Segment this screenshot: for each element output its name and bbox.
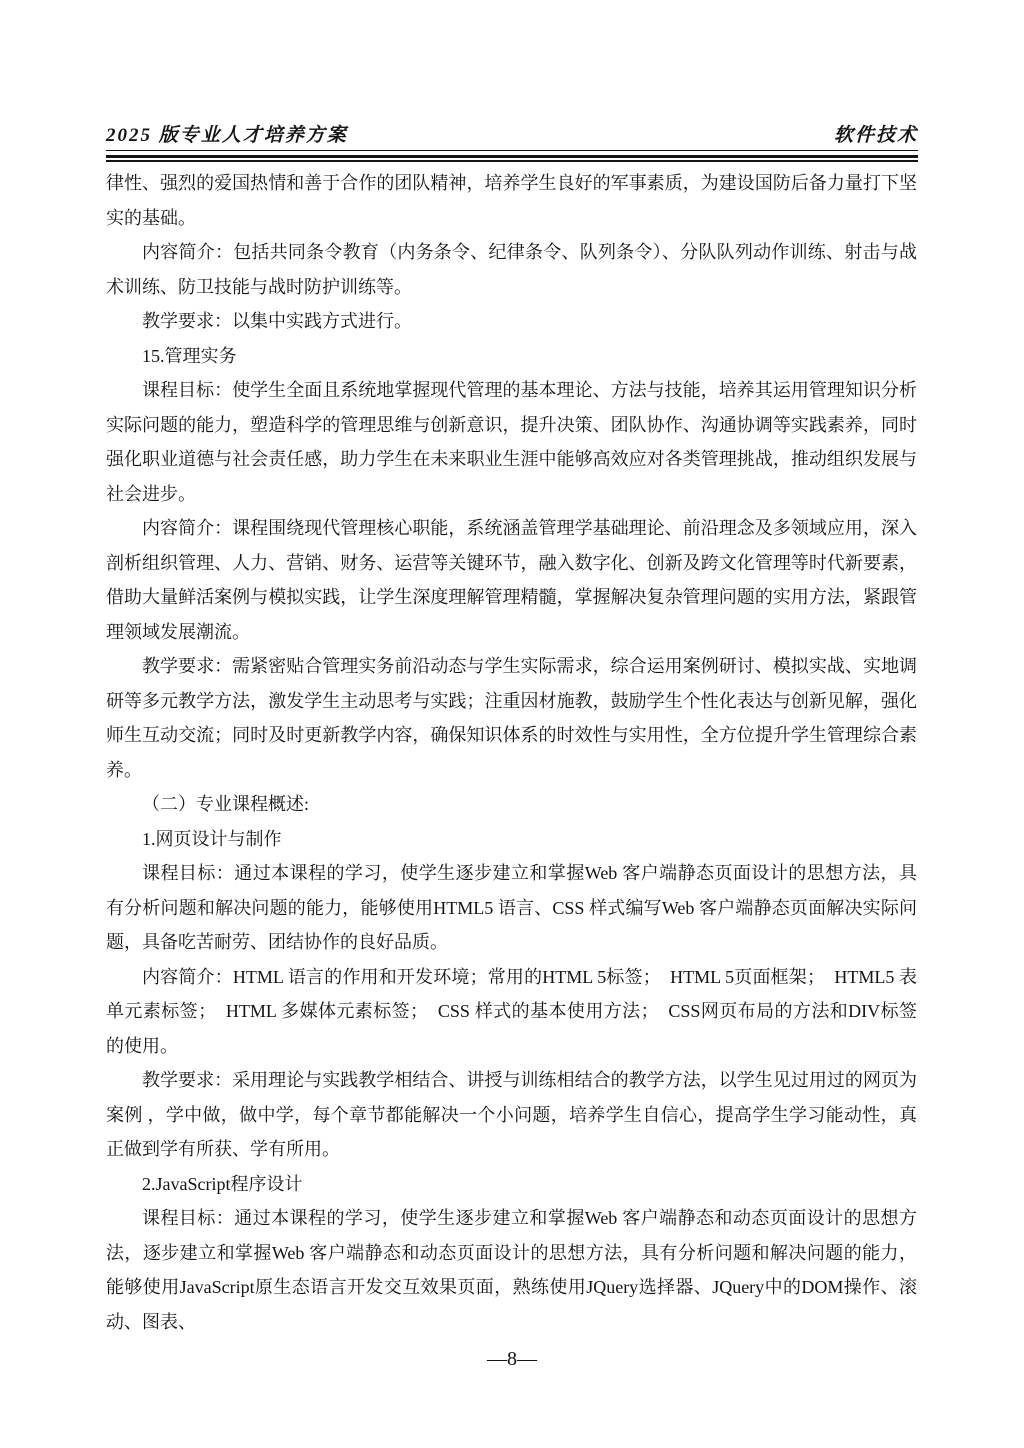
header-rule-bottom	[106, 160, 918, 163]
document-body: 律性、强烈的爱国热情和善于合作的团队精神，培养学生良好的军事素质，为建设国防后备…	[106, 166, 917, 1339]
page-footer: —8—	[0, 1348, 1024, 1371]
header-right-title: 软件技术	[834, 120, 918, 147]
doc-paragraph-content-intro: 内容简介：包括共同条令教育（内务条令、纪律条令、队列条令）、分队队列动作训练、射…	[106, 235, 917, 304]
doc-heading-course-15: 15.管理实务	[106, 339, 917, 374]
doc-paragraph-teaching-req: 教学要求：以集中实践方式进行。	[106, 304, 917, 339]
doc-paragraph-content-intro: 内容简介：HTML 语言的作用和开发环境；常用的HTML 5标签； HTML 5…	[106, 960, 917, 1064]
header-rule-top	[106, 155, 918, 158]
doc-paragraph-continuation: 律性、强烈的爱国热情和善于合作的团队精神，培养学生良好的军事素质，为建设国防后备…	[106, 166, 917, 235]
header-title-row: 2025 版专业人才培养方案 软件技术	[106, 120, 918, 151]
doc-paragraph-content-intro: 内容简介：课程围绕现代管理核心职能，系统涵盖管理学基础理论、前沿理念及多领域应用…	[106, 511, 917, 649]
doc-heading-section-2: （二）专业课程概述:	[106, 787, 917, 822]
doc-paragraph-course-goal: 课程目标：通过本课程的学习，使学生逐步建立和掌握Web 客户端静态页面设计的思想…	[106, 856, 917, 960]
doc-paragraph-teaching-req: 教学要求：采用理论与实践教学相结合、讲授与训练相结合的教学方法，以学生见过用过的…	[106, 1063, 917, 1167]
doc-paragraph-course-goal: 课程目标：使学生全面且系统地掌握现代管理的基本理论、方法与技能，培养其运用管理知…	[106, 373, 917, 511]
page-header: 2025 版专业人才培养方案 软件技术	[106, 120, 918, 162]
doc-paragraph-course-goal: 课程目标：通过本课程的学习，使学生逐步建立和掌握Web 客户端静态和动态页面设计…	[106, 1201, 917, 1339]
header-left-title: 2025 版专业人才培养方案	[106, 120, 348, 147]
doc-heading-course-2: 2.JavaScript程序设计	[106, 1167, 917, 1202]
doc-paragraph-teaching-req: 教学要求：需紧密贴合管理实务前沿动态与学生实际需求，综合运用案例研讨、模拟实战、…	[106, 649, 917, 787]
document-page: 2025 版专业人才培养方案 软件技术 律性、强烈的爱国热情和善于合作的团队精神…	[0, 0, 1024, 1448]
page-number: —8—	[487, 1348, 537, 1370]
doc-heading-course-1: 1.网页设计与制作	[106, 822, 917, 857]
